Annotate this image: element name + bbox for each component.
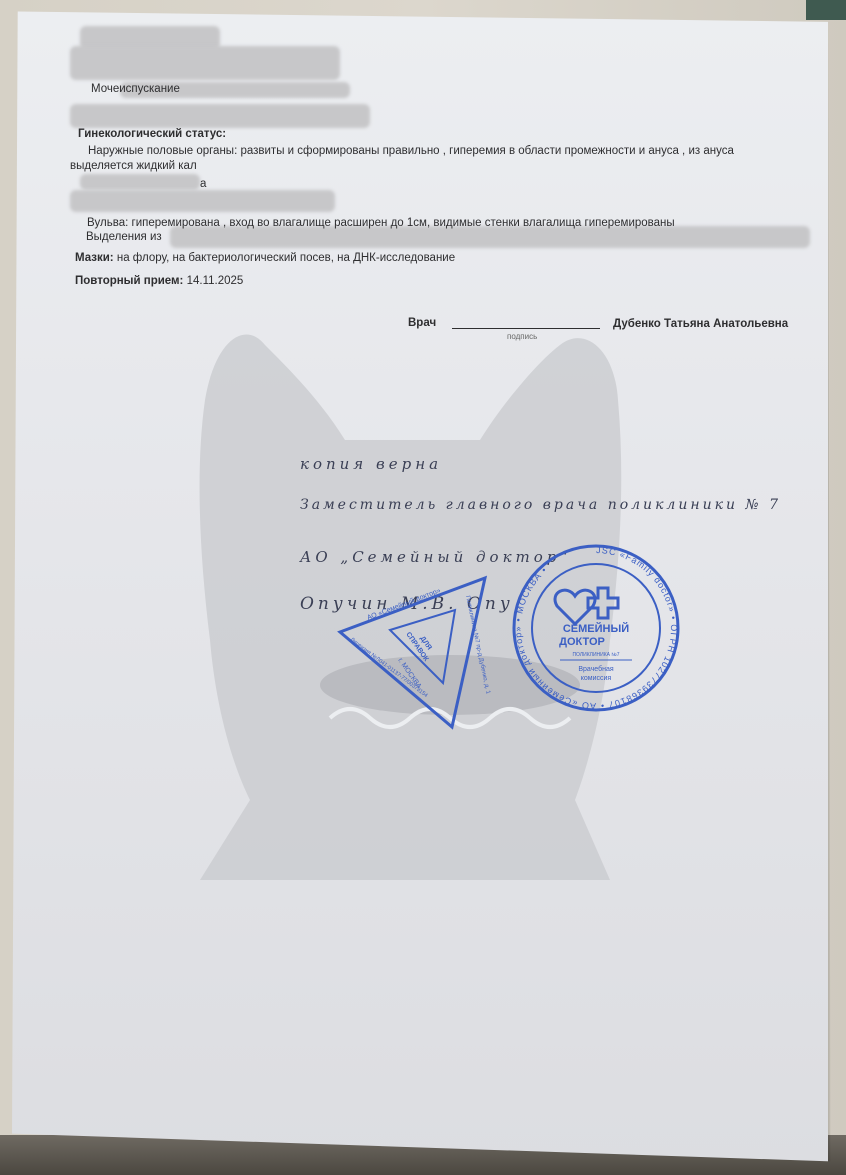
- round-stamp-brand2: ДОКТОР: [559, 636, 605, 648]
- round-stamp: JSC «Family doctor» • ОГРН 1027739368107…: [513, 545, 679, 711]
- round-stamp-commission2: комиссия: [581, 675, 612, 682]
- round-stamp-brand1: СЕМЕЙНЫЙ: [563, 622, 629, 635]
- triangle-stamp: АО «Семейный доктор» Поликлиника №7 пр-д…: [340, 578, 492, 727]
- triangle-top-text: АО «Семейный доктор»: [366, 586, 442, 621]
- stamps-layer: АО «Семейный доктор» Поликлиника №7 пр-д…: [0, 0, 846, 1175]
- round-stamp-commission1: Врачебная: [578, 665, 614, 673]
- round-stamp-subtitle: ПОЛИКЛИНИКА №7: [572, 652, 619, 658]
